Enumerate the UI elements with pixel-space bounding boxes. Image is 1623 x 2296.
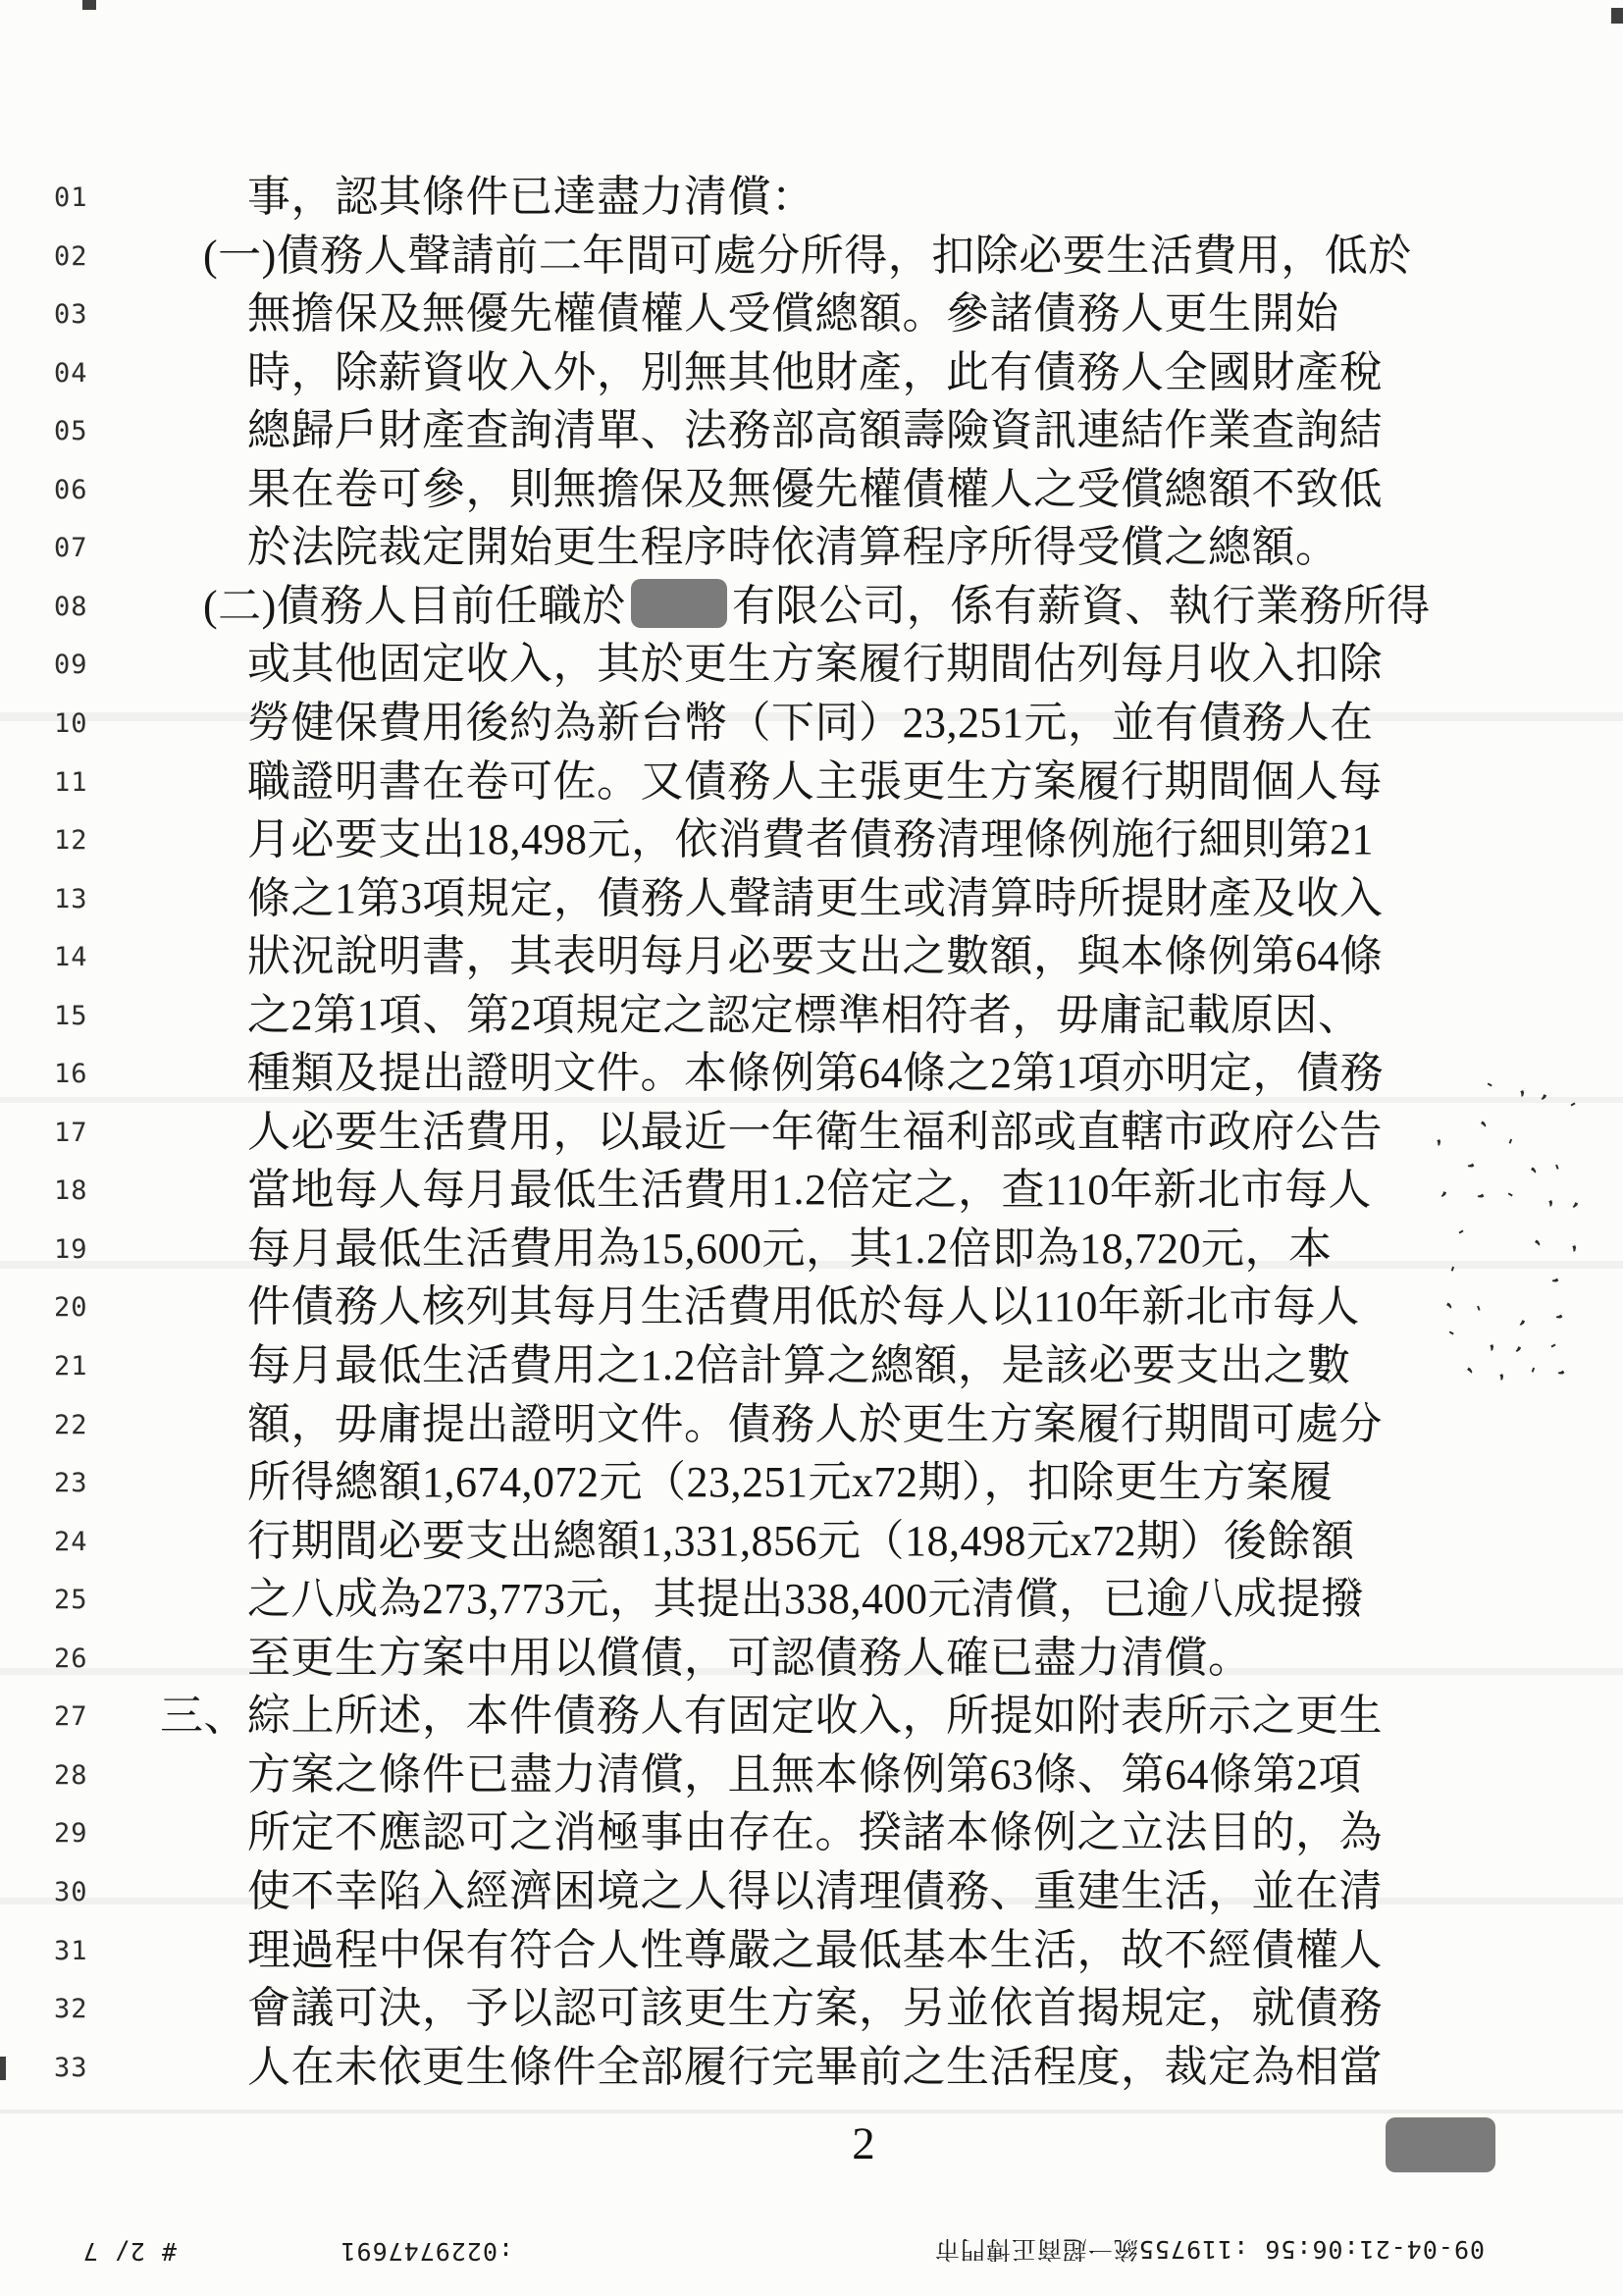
fax-page-counter: # 2/ 7: [44, 2237, 177, 2266]
line-number: 23: [54, 1468, 88, 1498]
line-number: 14: [54, 942, 88, 972]
line-text: 之2第1項、第2項規定之認定標準相符者，毋庸記載原因、: [247, 987, 1362, 1044]
line-text: 當地每人每月最低生活費用1.2倍定之，查110年新北市每人: [247, 1162, 1372, 1219]
line-number: 29: [54, 1818, 88, 1849]
line-number: 07: [54, 533, 88, 563]
line-text: 理過程中保有符合人性尊嚴之最低基本生活，故不經債權人: [247, 1922, 1383, 1979]
line-number: 33: [54, 2053, 88, 2083]
scan-streak: [0, 2110, 1623, 2113]
line-number: 21: [54, 1351, 88, 1382]
line-text: 種類及提出證明文件。本條例第64條之2第1項亦明定，債務: [247, 1045, 1384, 1102]
line-text: 所得總額1,674,072元（23,251元x72期），扣除更生方案履: [247, 1454, 1334, 1511]
document-line: 30使不幸陷入經濟困境之人得以清理債務、重建生活，並在清: [0, 1863, 1623, 1920]
line-text: 行期間必要支出總額1,331,856元（18,498元x72期）後餘額: [247, 1513, 1355, 1570]
document-line: 03無擔保及無優先權債權人受償總額。參諸債務人更生開始: [0, 286, 1623, 342]
line-text: 使不幸陷入經濟困境之人得以清理債務、重建生活，並在清: [247, 1863, 1383, 1920]
document-line: 20件債務人核列其每月生活費用低於每人以110年新北市每人: [0, 1278, 1623, 1335]
line-number: 09: [54, 650, 88, 680]
document-line: 04時，除薪資收入外，別無其他財產，此有債務人全國財產稅: [0, 344, 1623, 401]
line-number: 24: [54, 1527, 88, 1557]
document-line: 18當地每人每月最低生活費用1.2倍定之，查110年新北市每人: [0, 1162, 1623, 1219]
redaction-box: [1386, 2117, 1495, 2172]
line-text: 勞健保費用後約為新台幣（下同）23,251元，並有債務人在: [247, 695, 1374, 752]
line-text: 額，毋庸提出證明文件。債務人於更生方案履行期間可處分: [247, 1396, 1383, 1453]
line-text: 每月最低生活費用為15,600元，其1.2倍即為18,720元，本: [247, 1221, 1333, 1278]
line-number: 10: [54, 708, 88, 739]
line-number: 30: [54, 1877, 88, 1907]
document-line: 06果在卷可參，則無擔保及無優先權債權人之受償總額不致低: [0, 461, 1623, 518]
document-line: 27三、綜上所述，本件債務人有固定收入，所提如附表所示之更生: [0, 1688, 1623, 1745]
line-number: 11: [54, 767, 88, 798]
document-line: 08(二)債務人目前任職於有限公司，係有薪資、執行業務所得: [0, 578, 1623, 635]
line-number: 22: [54, 1410, 88, 1440]
line-text: 事，認其條件已達盡力清償：: [247, 169, 815, 226]
line-number: 27: [54, 1701, 88, 1732]
line-number: 20: [54, 1292, 88, 1323]
document-line: 13條之1第3項規定，債務人聲請更生或清算時所提財產及收入: [0, 870, 1623, 927]
document-line: 09或其他固定收入，其於更生方案履行期間估列每月收入扣除: [0, 636, 1623, 693]
document-line: 01事，認其條件已達盡力清償：: [0, 169, 1623, 226]
document-line: 22額，毋庸提出證明文件。債務人於更生方案履行期間可處分: [0, 1396, 1623, 1453]
document-line: 16種類及提出證明文件。本條例第64條之2第1項亦明定，債務: [0, 1045, 1623, 1102]
line-text: 時，除薪資收入外，別無其他財產，此有債務人全國財產稅: [247, 344, 1383, 401]
line-number: 08: [54, 592, 88, 622]
document-line: 25之八成為273,773元，其提出338,400元清償，已逾八成提撥: [0, 1571, 1623, 1628]
document-line: 11職證明書在卷可佐。又債務人主張更生方案履行期間個人每: [0, 754, 1623, 810]
line-text: (二)債務人目前任職於有限公司，係有薪資、執行業務所得: [203, 578, 1431, 635]
line-number: 28: [54, 1760, 88, 1791]
fax-timestamp-store: 09-04-21:06:56 :119755統一超商正博門市: [989, 2233, 1485, 2269]
scanned-document-page: 01事，認其條件已達盡力清償：02(一)債務人聲請前二年間可處分所得，扣除必要生…: [0, 0, 1623, 2296]
line-number: 17: [54, 1118, 88, 1148]
line-text: 至更生方案中用以償債，可認債務人確已盡力清償。: [247, 1630, 1252, 1687]
line-text: 之八成為273,773元，其提出338,400元清償，已逾八成提撥: [247, 1571, 1365, 1628]
document-line: 19每月最低生活費用為15,600元，其1.2倍即為18,720元，本: [0, 1221, 1623, 1278]
line-text: 人必要生活費用，以最近一年衛生福利部或直轄市政府公告: [247, 1104, 1383, 1161]
line-number: 15: [54, 1001, 88, 1031]
line-text: 人在未依更生條件全部履行完畢前之生活程度，裁定為相當: [247, 2039, 1383, 2096]
line-number: 31: [54, 1936, 88, 1966]
document-line: 05總歸戶財產查詢清單、法務部高額壽險資訊連結作業查詢結: [0, 402, 1623, 459]
line-number: 02: [54, 241, 88, 272]
document-line: 15之2第1項、第2項規定之認定標準相符者，毋庸記載原因、: [0, 987, 1623, 1044]
scan-speck: [1611, 8, 1623, 24]
line-text: (一)債務人聲請前二年間可處分所得，扣除必要生活費用，低於: [203, 228, 1412, 285]
line-number: 04: [54, 358, 88, 389]
line-number: 19: [54, 1234, 88, 1265]
line-text: 會議可決，予以認可該更生方案，另並依首揭規定，就債務: [247, 1980, 1383, 2037]
document-line: 33人在未依更生條件全部履行完畢前之生活程度，裁定為相當: [0, 2039, 1623, 2096]
line-number: 32: [54, 1994, 88, 2024]
document-line: 12月必要支出18,498元，依消費者債務清理條例施行細則第21: [0, 811, 1623, 868]
line-text: 狀況說明書，其表明每月必要支出之數額，與本條例第64條: [247, 928, 1384, 985]
line-number: 25: [54, 1585, 88, 1615]
line-text: 於法院裁定開始更生程序時依清算程序所得受償之總額。: [247, 519, 1339, 576]
line-text: 每月最低生活費用之1.2倍計算之總額，是該必要支出之數: [247, 1337, 1351, 1394]
document-line: 26至更生方案中用以償債，可認債務人確已盡力清償。: [0, 1630, 1623, 1687]
document-line: 29所定不應認可之消極事由存在。揆諸本條例之立法目的，為: [0, 1804, 1623, 1861]
redaction-box: [631, 579, 727, 628]
line-number: 03: [54, 299, 88, 330]
line-text: 條之1第3項規定，債務人聲請更生或清算時所提財產及收入: [247, 870, 1384, 927]
line-text: 三、綜上所述，本件債務人有固定收入，所提如附表所示之更生: [160, 1688, 1383, 1745]
document-line: 23所得總額1,674,072元（23,251元x72期），扣除更生方案履: [0, 1454, 1623, 1511]
line-text: 無擔保及無優先權債權人受償總額。參諸債務人更生開始: [247, 286, 1339, 342]
document-line: 21每月最低生活費用之1.2倍計算之總額，是該必要支出之數: [0, 1337, 1623, 1394]
document-line: 31理過程中保有符合人性尊嚴之最低基本生活，故不經債權人: [0, 1922, 1623, 1979]
line-number: 16: [54, 1059, 88, 1089]
document-line: 32會議可決，予以認可該更生方案，另並依首揭規定，就債務: [0, 1980, 1623, 2037]
line-text: 或其他固定收入，其於更生方案履行期間估列每月收入扣除: [247, 636, 1383, 693]
line-number: 26: [54, 1644, 88, 1674]
document-line: 14狀況說明書，其表明每月必要支出之數額，與本條例第64條: [0, 928, 1623, 985]
line-number: 01: [54, 183, 88, 213]
line-number: 12: [54, 825, 88, 856]
line-text: 所定不應認可之消極事由存在。揆諸本條例之立法目的，為: [247, 1804, 1383, 1861]
line-number: 06: [54, 475, 88, 505]
document-line: 07於法院裁定開始更生程序時依清算程序所得受償之總額。: [0, 519, 1623, 576]
line-number: 18: [54, 1175, 88, 1206]
document-line: 17人必要生活費用，以最近一年衛生福利部或直轄市政府公告: [0, 1104, 1623, 1161]
scan-speck: [82, 0, 96, 10]
document-line: 24行期間必要支出總額1,331,856元（18,498元x72期）後餘額: [0, 1513, 1623, 1570]
line-number: 13: [54, 884, 88, 914]
fax-phone-number: :0229747691: [312, 2237, 513, 2266]
document-line: 02(一)債務人聲請前二年間可處分所得，扣除必要生活費用，低於: [0, 228, 1623, 285]
document-line: 10勞健保費用後約為新台幣（下同）23,251元，並有債務人在: [0, 695, 1623, 752]
line-text: 職證明書在卷可佐。又債務人主張更生方案履行期間個人每: [247, 754, 1383, 810]
line-text: 方案之條件已盡力清償，且無本條例第63條、第64條第2項: [247, 1747, 1362, 1803]
line-text: 月必要支出18,498元，依消費者債務清理條例施行細則第21: [247, 811, 1374, 868]
document-line: 28方案之條件已盡力清償，且無本條例第63條、第64條第2項: [0, 1747, 1623, 1803]
line-text: 總歸戶財產查詢清單、法務部高額壽險資訊連結作業查詢結: [247, 402, 1383, 459]
line-text: 果在卷可參，則無擔保及無優先權債權人之受償總額不致低: [247, 461, 1383, 518]
line-number: 05: [54, 416, 88, 446]
line-text: 件債務人核列其每月生活費用低於每人以110年新北市每人: [247, 1278, 1360, 1335]
page-number: 2: [824, 2117, 903, 2170]
